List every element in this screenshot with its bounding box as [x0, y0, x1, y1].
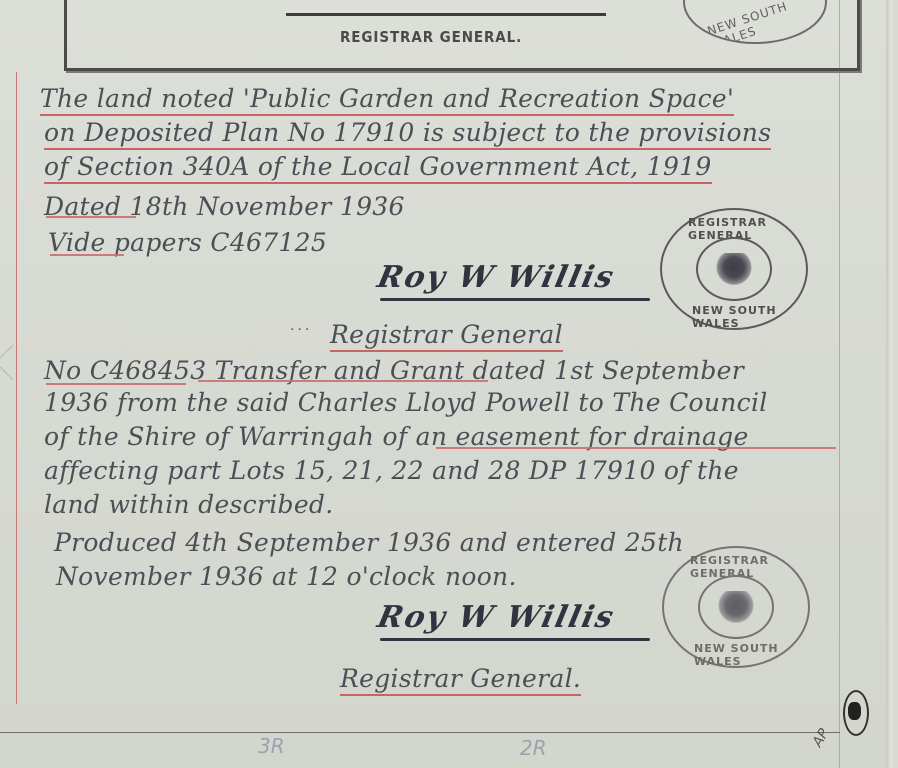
dealing-number-underline [46, 383, 186, 385]
registrar-general-seal-1: REGISTRAR GENERAL NEW SOUTH WALES [660, 208, 808, 330]
left-margin-rule [16, 72, 17, 704]
bottom-rule [0, 732, 840, 733]
page-edge [886, 0, 892, 768]
document-page: REGISTRAR GENERAL. NEW SOUTH WALES The l… [0, 0, 892, 768]
entry1-line2: on Deposited Plan No 17910 is subject to… [44, 118, 771, 147]
entry2-line7: November 1936 at 12 o'clock noon. [56, 562, 517, 591]
seal2-bottom-text: NEW SOUTH WALES [694, 642, 808, 668]
entry2-line5: land within described. [44, 490, 333, 519]
entry2-signatory-title: Registrar General. [340, 664, 581, 693]
entry1-line1: The land noted 'Public Garden and Recrea… [40, 84, 734, 113]
right-margin-rule [839, 0, 840, 768]
seal2-inner-ring [698, 575, 774, 639]
seal1-inner-ring [696, 237, 772, 301]
top-registrar-title: REGISTRAR GENERAL. [340, 28, 522, 46]
entry1-vide-papers: Vide papers C467125 [48, 228, 327, 257]
vide-underline [50, 254, 124, 256]
entry2-line2: 1936 from the said Charles Lloyd Powell … [44, 388, 768, 417]
pencil-mark-ap: AP [810, 726, 833, 750]
registrar-general-seal-2: REGISTRAR GENERAL NEW SOUTH WALES [662, 546, 810, 668]
easement-underline [436, 447, 836, 449]
dotted-leader: ... [290, 318, 312, 334]
coat-of-arms-icon [718, 591, 754, 623]
entry2-signature: Roy W Willis [374, 600, 618, 635]
pencil-mark-2r: 2R [520, 736, 547, 760]
entry1-signatory-title: Registrar General [330, 320, 563, 349]
dated-underline [46, 216, 136, 218]
folio-ink-mark [843, 690, 869, 736]
pencil-mark-3r: 3R [258, 734, 285, 758]
margin-tick-mark [0, 345, 30, 380]
coat-of-arms-icon [716, 253, 752, 285]
entry1-signature: Roy W Willis [374, 260, 618, 295]
top-signature-line [286, 13, 606, 16]
transfer-grant-underline [198, 380, 488, 382]
entry1-line3: of Section 340A of the Local Government … [44, 152, 712, 181]
entry2-line4: affecting part Lots 15, 21, 22 and 28 DP… [44, 456, 739, 485]
entry2-signature-underline [380, 638, 650, 641]
seal1-bottom-text: NEW SOUTH WALES [692, 304, 806, 330]
entry1-signature-underline [380, 298, 650, 301]
entry2-line6: Produced 4th September 1936 and entered … [54, 528, 684, 557]
